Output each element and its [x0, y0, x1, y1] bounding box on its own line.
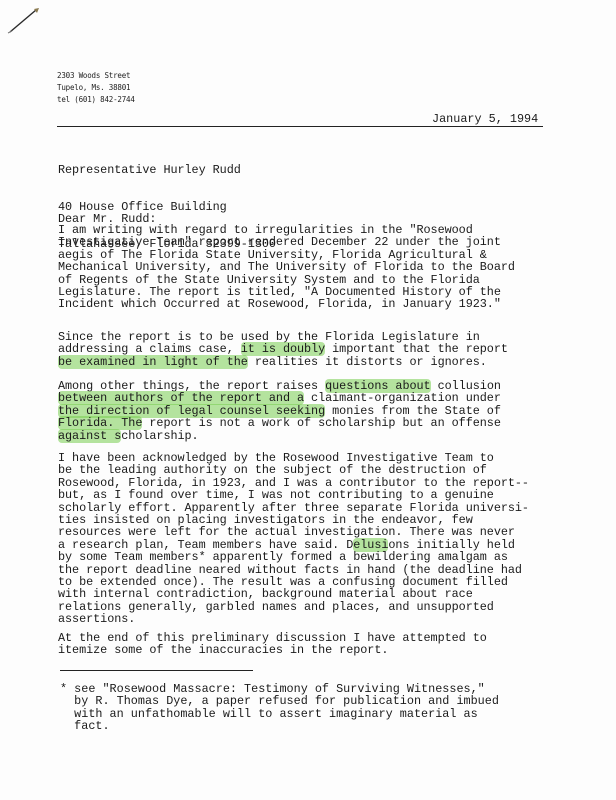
letter-page: 2303 Woods Street Tupelo, Ms. 38801 tel … [0, 0, 616, 800]
text-line: Mechanical University, and The Universit… [58, 261, 515, 273]
paragraph-4: I have been acknowledged by the Rosewood… [58, 452, 529, 625]
text-line: but, as I found over time, I was not con… [58, 489, 529, 501]
sender-street: 2303 Woods Street [57, 70, 135, 82]
text-line: Investigative Team" report rendered Dece… [58, 236, 515, 248]
text-line: Incident which Occurred at Rosewood, Flo… [58, 298, 515, 310]
text-line: resources were left for the actual inves… [58, 526, 529, 538]
date-rule [57, 126, 543, 127]
highlighter-mark: be examined in light of the [58, 355, 248, 369]
text-line: assertions. [58, 613, 529, 625]
text-line: be the leading authority on the subject … [58, 464, 529, 476]
highlighter-mark: against s [58, 429, 121, 443]
text-line: against scholarship. [58, 430, 501, 442]
footnote-line: fact. [60, 720, 499, 732]
sender-city: Tupelo, Ms. 38801 [57, 82, 135, 94]
text-line: be examined in light of the realities it… [58, 356, 508, 368]
text-line: with internal contradiction, background … [58, 588, 529, 600]
text-line: Florida. The report is not a work of sch… [58, 417, 501, 429]
text-line: between authors of the report and a clai… [58, 392, 501, 404]
letter-date: January 5, 1994 [432, 113, 538, 126]
paragraph-3: Among other things, the report raises qu… [58, 380, 501, 442]
footnote: * see "Rosewood Massacre: Testimony of S… [60, 683, 499, 733]
sender-phone: tel (601) 842-2744 [57, 94, 135, 106]
text-line: by some Team members* apparently formed … [58, 551, 529, 563]
footnote-rule [60, 670, 253, 671]
footnote-line: with an unfathomable will to assert imag… [60, 708, 499, 720]
recipient-name: Representative Hurley Rudd [58, 164, 276, 176]
paragraph-5: At the end of this preliminary discussio… [58, 632, 487, 657]
sender-letterhead: 2303 Woods Street Tupelo, Ms. 38801 tel … [57, 70, 135, 106]
paragraph-2: Since the report is to be used by the Fl… [58, 331, 508, 368]
pen-mark-icon [6, 6, 42, 36]
text-line: addressing a claims case, it is doubly i… [58, 343, 508, 355]
footnote-line: by R. Thomas Dye, a paper refused for pu… [60, 695, 499, 707]
paragraph-1: I am writing with regard to irregulariti… [58, 224, 515, 311]
text-line: itemize some of the inaccuracies in the … [58, 644, 487, 656]
